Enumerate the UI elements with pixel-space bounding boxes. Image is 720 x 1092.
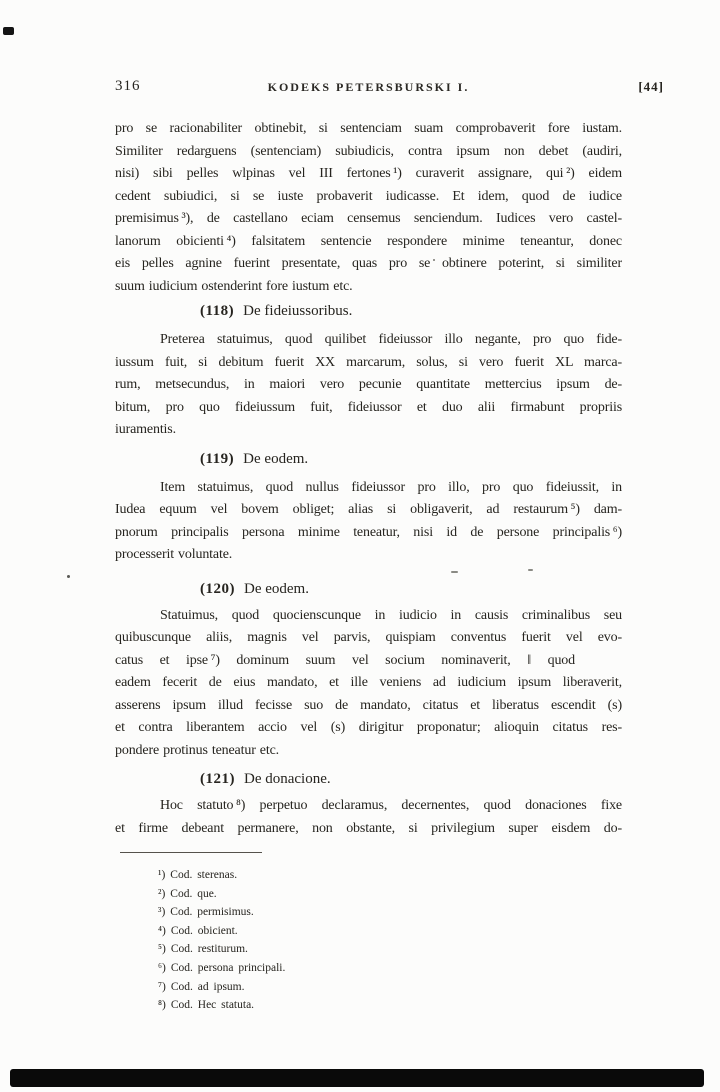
section-number: (118) xyxy=(200,303,234,319)
scan-speck xyxy=(67,575,70,578)
text-line: cedent subiudici, si se iuste probaverit… xyxy=(115,186,622,209)
footnote-mark: ⁴) xyxy=(158,925,166,937)
section-heading: (121)De donacione. xyxy=(115,767,622,791)
text-line: Similiter redarguens (sentenciam) subiud… xyxy=(115,141,622,164)
paragraph: Preterea statuimus, quod quilibet fideiu… xyxy=(115,329,622,442)
text-line: iuramentis. xyxy=(115,419,622,442)
text-line: et contra liberantem accio vel (s) dirig… xyxy=(115,717,622,740)
paragraph: Statuimus, quod quocienscunque in iudici… xyxy=(115,605,622,763)
scan-speck xyxy=(433,259,435,261)
footnote: ⁷)Cod. ad ipsum. xyxy=(120,978,540,997)
footnote-mark: ⁵) xyxy=(158,943,166,955)
text-line: suum iudicium ostenderint fore iustum et… xyxy=(115,276,622,299)
footnote-text: Cod. persona principali. xyxy=(171,962,286,974)
footnote-text: Cod. sterenas. xyxy=(170,869,237,881)
text-line: pro se racionabiliter obtinebit, si sent… xyxy=(115,118,622,141)
text-line: pnorum principalis persona minime teneat… xyxy=(115,522,622,545)
scan-artifact-bar xyxy=(10,1069,704,1087)
text-line: nisi) sibi pelles wlpinas vel III ferton… xyxy=(115,163,622,186)
section-title: De eodem. xyxy=(243,451,308,467)
text-line: eadem fecerit de eius mandato, et ille v… xyxy=(115,672,622,695)
text-line: rum, metsecundus, in maiori vero pecunie… xyxy=(115,374,622,397)
footnote: ⁴)Cod. obicient. xyxy=(120,922,540,941)
text-line: processerit voluntate. xyxy=(115,544,622,567)
footnote: ²)Cod. que. xyxy=(120,885,540,904)
footnote-mark: ³) xyxy=(158,906,165,918)
scan-artifact-mark xyxy=(3,27,14,35)
paragraph: Item statuimus, quod nullus fideiussor p… xyxy=(115,477,622,567)
scan-speck xyxy=(528,569,533,571)
paragraph: Hoc statuto ⁸) perpetuo declaramus, dece… xyxy=(115,795,622,840)
footnote: ⁶)Cod. persona principali. xyxy=(120,959,540,978)
footnote-mark: ¹) xyxy=(158,869,165,881)
footnote-mark: ²) xyxy=(158,888,165,900)
text-line: bitum, pro quo fideiussum fuit, fideiuss… xyxy=(115,397,622,420)
section-number: (121) xyxy=(200,771,235,787)
running-title: KODEKS PETERSBURSKI I. xyxy=(115,80,622,95)
text-line: et firme debeant permanere, non obstante… xyxy=(115,818,622,841)
footnote-text: Cod. ad ipsum. xyxy=(171,981,245,993)
section-heading: (118)De fideiussoribus. xyxy=(115,299,622,323)
text-line: Hoc statuto ⁸) perpetuo declaramus, dece… xyxy=(115,795,622,818)
margin-page-ref: [44] xyxy=(638,79,664,95)
text-line: asserens ipsum illud fecisse suo de mand… xyxy=(115,695,622,718)
scan-speck xyxy=(451,571,458,573)
section-heading: (120)De eodem. xyxy=(115,577,622,601)
section-number: (119) xyxy=(200,451,234,467)
section-heading: (119)De eodem. xyxy=(115,447,622,471)
footnote-text: Cod. restiturum. xyxy=(171,943,248,955)
text-line: premisimus ³), de castellano eciam cense… xyxy=(115,208,622,231)
text-line: iussum fuit, si debitum fuerit XX marcar… xyxy=(115,352,622,375)
footnote-text: Cod. permisimus. xyxy=(170,906,253,918)
section-title: De donacione. xyxy=(244,771,331,787)
running-header: 316 KODEKS PETERSBURSKI I. [44] xyxy=(115,78,622,98)
footnote-mark: ⁸) xyxy=(158,999,166,1011)
footnote-rule xyxy=(120,852,262,853)
text-line: Item statuimus, quod nullus fideiussor p… xyxy=(115,477,622,500)
text-line: quibuscunque aliis, magnis vel parvis, q… xyxy=(115,627,622,650)
footnote-mark: ⁶) xyxy=(158,962,166,974)
text-line: catus et ipse ⁷) dominum suum vel socium… xyxy=(115,650,622,673)
footnote-text: Cod. obicient. xyxy=(171,925,238,937)
text-line: lanorum obicienti ⁴) falsitatem sentenci… xyxy=(115,231,622,254)
text-block: pro se racionabiliter obtinebit, si sent… xyxy=(115,118,622,840)
book-page: 316 KODEKS PETERSBURSKI I. [44] pro se r… xyxy=(0,0,720,1092)
section-title: De eodem. xyxy=(244,581,309,597)
text-line: pondere protinus teneatur etc. xyxy=(115,740,622,763)
footnote: ¹)Cod. sterenas. xyxy=(120,866,540,885)
footnote-list: ¹)Cod. sterenas.²)Cod. que.³)Cod. permis… xyxy=(120,866,540,1015)
footnote: ⁸)Cod. Hec statuta. xyxy=(120,996,540,1015)
text-line: Iudea equum vel bovem obliget; alias si … xyxy=(115,499,622,522)
footnote: ⁵)Cod. restiturum. xyxy=(120,940,540,959)
paragraph: pro se racionabiliter obtinebit, si sent… xyxy=(115,118,622,298)
text-line: eis pelles agnine fuerint presentate, qu… xyxy=(115,253,622,276)
section-number: (120) xyxy=(200,581,235,597)
footnote: ³)Cod. permisimus. xyxy=(120,903,540,922)
text-line: Preterea statuimus, quod quilibet fideiu… xyxy=(115,329,622,352)
text-line: Statuimus, quod quocienscunque in iudici… xyxy=(115,605,622,628)
footnotes-section: ¹)Cod. sterenas.²)Cod. que.³)Cod. permis… xyxy=(120,852,540,1015)
footnote-text: Cod. Hec statuta. xyxy=(171,999,254,1011)
footnote-mark: ⁷) xyxy=(158,981,166,993)
footnote-text: Cod. que. xyxy=(170,888,216,900)
section-title: De fideiussoribus. xyxy=(243,303,352,319)
